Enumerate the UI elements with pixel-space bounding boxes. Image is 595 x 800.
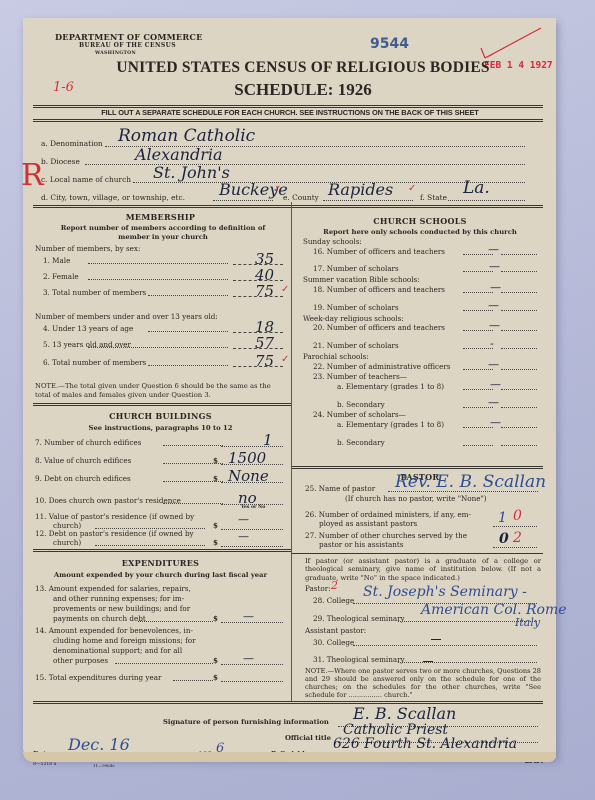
expenditure-item-label: cluding home and foreign missions; for	[53, 636, 196, 645]
membership-item-field[interactable]: 75	[255, 352, 274, 370]
divider	[33, 205, 543, 208]
building-item-field[interactable]: —	[238, 513, 249, 526]
membership-item-label: 1. Male	[43, 256, 70, 265]
county-label: e. County	[283, 193, 319, 202]
form-code: 8—5318 a	[33, 762, 56, 767]
q26-label-cont: ployed as assistant pastors	[319, 519, 417, 528]
county-line	[323, 200, 413, 201]
building-answer-line	[221, 546, 283, 547]
membership-item-line	[88, 347, 228, 348]
expenditure-item-field[interactable]: —	[243, 610, 254, 623]
q31-label: 31. Theological seminary	[313, 655, 405, 664]
building-item-field[interactable]: —	[238, 530, 249, 543]
denomination-label: a. Denomination	[41, 139, 103, 148]
red-checkmark-icon	[479, 24, 549, 64]
school-item-label: 17. Number of scholars	[313, 264, 399, 273]
expenditure-item-label: and other running expenses; for im-	[53, 594, 184, 603]
divider	[33, 403, 291, 406]
building-item-field[interactable]: 1	[263, 431, 273, 449]
membership-item-label: 3. Total number of members	[43, 288, 146, 297]
expenditures-heading: EXPENDITURES	[33, 558, 288, 568]
building-item-hint: Yes or No	[241, 505, 265, 510]
school-item-label: 20. Number of officers and teachers	[313, 323, 445, 332]
dollar-sign: $	[213, 474, 218, 483]
by-age-label: Number of members under and over 13 year…	[35, 312, 218, 321]
school-item-field[interactable]: —	[490, 416, 501, 429]
buildings-heading: CHURCH BUILDINGS	[33, 411, 288, 421]
school-answer-line	[501, 427, 537, 428]
schools-heading: CHURCH SCHOOLS	[295, 216, 545, 226]
membership-item-line	[88, 263, 228, 264]
q26-line	[493, 526, 537, 527]
school-item-label: 21. Number of scholars	[313, 341, 399, 350]
q26-field[interactable]: 1	[498, 510, 507, 526]
school-item-line	[463, 445, 493, 446]
q28-field[interactable]: St. Joseph's Seminary -	[363, 584, 527, 600]
sunday-schools-label: Sunday schools:	[303, 237, 362, 246]
divider	[33, 701, 543, 704]
membership-item-line	[148, 365, 228, 366]
date-field[interactable]: Dec. 16	[68, 735, 130, 754]
summer-schools-label: Summer vacation Bible schools:	[303, 275, 420, 284]
signature-field[interactable]: E. B. Scallan	[353, 704, 456, 723]
diocese-label: b. Diocese	[41, 157, 80, 166]
margin-note: 1-6	[53, 80, 74, 95]
state-field[interactable]: La.	[463, 178, 490, 198]
address-field[interactable]: 626 Fourth St. Alexandria	[333, 736, 517, 752]
q30-line	[353, 645, 537, 646]
school-item-field[interactable]: -	[490, 337, 494, 350]
q26-correction: 0	[513, 508, 522, 524]
school-item-field[interactable]: —	[489, 319, 500, 332]
school-item-field[interactable]: —	[488, 243, 499, 256]
red-checkmark-icon: ✓	[408, 183, 416, 194]
school-answer-line	[501, 348, 537, 349]
building-answer-line	[221, 446, 283, 447]
signature-label: Signature of person furnishing informati…	[163, 718, 329, 726]
date-label: Date	[33, 750, 51, 758]
column-divider	[291, 202, 292, 702]
expenditure-item-line	[115, 663, 213, 664]
school-answer-line	[501, 445, 537, 446]
by-sex-label: Number of members, by sex:	[35, 244, 140, 253]
red-checkmark-icon: ✓	[281, 354, 289, 365]
q30-label: 30. College	[313, 638, 354, 647]
denomination-field[interactable]: Roman Catholic	[118, 126, 255, 146]
school-item-line	[463, 389, 493, 390]
building-item-line	[95, 545, 205, 546]
membership-item-label: 6. Total number of members	[43, 358, 146, 367]
parochial-schools-label: Parochial schools:	[303, 352, 369, 361]
school-answer-line	[501, 254, 537, 255]
red-checkmark-icon: ✓	[273, 184, 281, 195]
school-item-label: 23. Number of teachers—	[313, 372, 407, 381]
school-item-label: 18. Number of officers and teachers	[313, 285, 445, 294]
divider	[292, 553, 543, 554]
building-item-label: 10. Does church own pastor's residence	[35, 496, 181, 505]
membership-item-label: 2. Female	[43, 272, 79, 281]
building-item-label-cont: church)	[53, 538, 81, 547]
census-form-sheet: DEPARTMENT OF COMMERCE BUREAU OF THE CEN…	[23, 18, 556, 758]
building-answer-line	[221, 529, 283, 530]
bureau-label: BUREAU OF THE CENSUS	[79, 42, 176, 49]
expenditure-item-field[interactable]: —	[243, 652, 254, 665]
divider	[292, 466, 543, 469]
department-label: DEPARTMENT OF COMMERCE	[55, 32, 203, 42]
divider	[33, 549, 291, 552]
city-label: d. City, town, village, or township, etc…	[41, 193, 185, 202]
school-item-line	[463, 427, 493, 428]
school-item-label: 19. Number of scholars	[313, 303, 399, 312]
print-code: 11—9964e	[93, 763, 115, 768]
q27-label: 27. Number of other churches served by t…	[305, 531, 467, 540]
year-field[interactable]: 6	[216, 741, 224, 756]
membership-item-label: 4. Under 13 years of age	[43, 324, 133, 333]
expenditure-item-label: payments on church debt	[53, 614, 146, 623]
membership-item-field[interactable]: 75	[255, 282, 274, 300]
school-item-label: b. Secondary	[337, 438, 385, 447]
q29-extra[interactable]: Italy	[515, 616, 540, 629]
school-item-field[interactable]: —	[489, 260, 500, 273]
building-item-label: 9. Debt on church edifices	[35, 474, 131, 483]
pastor-name-label: 25. Name of pastor	[305, 484, 375, 493]
buildings-subheading: See instructions, paragraphs 10 to 12	[33, 424, 288, 432]
expenditure-item-label: provements or new buildings; and for	[53, 604, 190, 613]
expenditure-item-line	[138, 621, 213, 622]
membership-item-line	[88, 279, 228, 280]
school-answer-line	[501, 292, 537, 293]
school-item-label: a. Elementary (grades 1 to 8)	[337, 382, 444, 391]
diocese-line	[85, 164, 525, 165]
q27-correction: 2	[513, 530, 522, 546]
membership-item-line	[148, 295, 228, 296]
pastor-mark: 2	[331, 579, 338, 592]
weekday-schools-label: Week-day religious schools:	[303, 314, 404, 323]
expenditure-answer-line	[221, 681, 283, 682]
q27-line	[493, 547, 537, 548]
pastor-sublabel: Pastor:	[305, 584, 331, 593]
building-item-label: 12. Debt on pastor's residence (if owned…	[35, 529, 194, 538]
address-line	[329, 757, 537, 758]
pastor-note: NOTE.—Where one pastor serves two or mor…	[305, 667, 541, 699]
school-item-field[interactable]: —	[488, 358, 499, 371]
serial-number: 9544	[370, 36, 409, 52]
county-field[interactable]: Rapides	[328, 180, 393, 199]
school-answer-line	[501, 330, 537, 331]
membership-subheading: Report number of members according to de…	[53, 224, 273, 242]
city-line	[213, 200, 273, 201]
dollar-sign: $	[213, 656, 218, 665]
building-item-field[interactable]: None	[228, 467, 269, 485]
pastor-name-hint: (If church has no pastor, write "None")	[345, 494, 487, 503]
expenditure-item-label: other purposes	[53, 656, 108, 665]
q31-line	[398, 662, 537, 663]
expenditure-item-label: 14. Amount expended for benevolences, in…	[35, 626, 193, 635]
dollar-sign: $	[213, 521, 218, 530]
q29-field[interactable]: American Col. Rome	[421, 602, 567, 618]
membership-heading: MEMBERSHIP	[33, 212, 288, 222]
school-answer-line	[501, 310, 537, 311]
building-item-label: 7. Number of church edifices	[35, 438, 141, 447]
year-prefix: , 192	[193, 750, 213, 759]
local-name-label: c. Local name of church	[41, 175, 131, 184]
address-field-state[interactable]: La.	[525, 752, 544, 766]
q27-label-cont: pastor or his assistants	[319, 540, 404, 549]
dollar-sign: $	[213, 614, 218, 623]
building-item-field[interactable]: 1500	[228, 449, 266, 467]
building-item-label: 8. Value of church edifices	[35, 456, 131, 465]
diocese-field[interactable]: Alexandria	[135, 145, 223, 164]
expenditure-item-label: denominational support; and for all	[53, 646, 182, 655]
school-item-label: 24. Number of scholars—	[313, 410, 406, 419]
membership-item-line	[148, 331, 228, 332]
expenditure-item-label: 15. Total expenditures during year	[35, 673, 161, 682]
schools-subheading: Report here only schools conducted by th…	[295, 228, 545, 236]
schedule-title: SCHEDULE: 1926	[93, 80, 513, 100]
building-item-label: 11. Value of pastor's residence (if owne…	[35, 512, 194, 521]
date-line	[53, 757, 193, 758]
q26-label: 26. Number of ordained ministers, if any…	[305, 510, 471, 519]
expenditures-subheading: Amount expended by your church during la…	[33, 571, 288, 579]
membership-note: NOTE.—The total given under Question 6 s…	[35, 382, 285, 399]
school-item-line	[463, 348, 493, 349]
dollar-sign: $	[213, 538, 218, 547]
q29-label: 29. Theological seminary	[313, 614, 405, 623]
assistant-sublabel: Assistant pastor:	[305, 626, 366, 635]
form-title: UNITED STATES CENSUS OF RELIGIOUS BODIES	[93, 59, 513, 77]
school-answer-line	[501, 407, 537, 408]
school-item-label: a. Elementary (grades 1 to 8)	[337, 420, 444, 429]
pastor-name-field[interactable]: Rev. E. B. Scallan	[395, 472, 546, 492]
building-item-line	[163, 445, 223, 446]
instruction-banner: FILL OUT A SEPARATE SCHEDULE FOR EACH CH…	[55, 108, 525, 117]
q27-field[interactable]: 0	[499, 531, 509, 547]
school-item-field[interactable]: —	[490, 378, 501, 391]
school-answer-line	[501, 271, 537, 272]
membership-item-field[interactable]: 57	[255, 334, 274, 352]
school-item-label: 22. Number of administrative officers	[313, 362, 450, 371]
graduate-note: If pastor (or assistant pastor) is a gra…	[305, 557, 541, 582]
dollar-sign: $	[213, 456, 218, 465]
official-title-label: Official title	[285, 734, 331, 742]
building-item-line	[163, 503, 223, 504]
school-answer-line	[501, 369, 537, 370]
state-line	[448, 200, 525, 201]
dollar-sign: $	[213, 673, 218, 682]
city-label: WASHINGTON	[95, 51, 136, 56]
state-label: f. State	[420, 193, 447, 202]
school-item-field[interactable]: —	[490, 281, 501, 294]
school-item-label: b. Secondary	[337, 400, 385, 409]
address-label: P. O. Address	[271, 750, 320, 758]
school-item-field[interactable]: —	[488, 396, 499, 409]
school-item-label: 16. Number of officers and teachers	[313, 247, 445, 256]
school-item-field[interactable]: —	[488, 299, 499, 312]
divider	[33, 119, 543, 122]
expenditure-item-label: 13. Amount expended for salaries, repair…	[35, 584, 191, 593]
red-checkmark-icon: ✓	[281, 284, 289, 295]
q30-field[interactable]	[431, 629, 441, 648]
school-answer-line	[501, 389, 537, 390]
school-item-line	[463, 292, 493, 293]
q28-label: 28. College	[313, 596, 354, 605]
expenditure-item-line	[173, 680, 213, 681]
